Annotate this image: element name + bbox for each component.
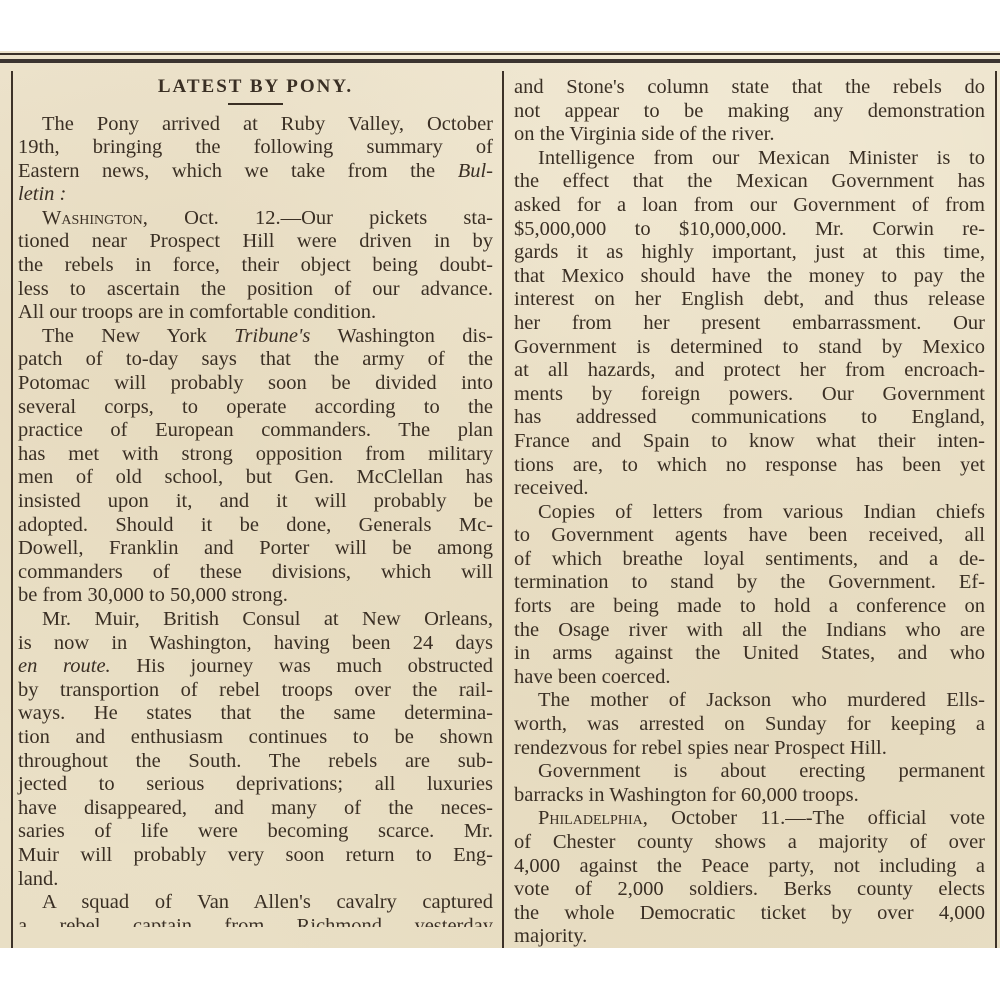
text-line: tion and enthusiasm continues to be show… — [18, 726, 493, 750]
text-line: Eastern news, which we take from the Bul… — [18, 160, 493, 184]
text-line: majority. — [514, 925, 985, 948]
text-line: less to ascertain the position of our ad… — [18, 278, 493, 302]
text-line: Mr. Muir, British Consul at New Orleans, — [18, 608, 493, 632]
text-line: All our troops are in comfortable condit… — [18, 301, 493, 325]
text-line: 4,000 against the Peace party, not inclu… — [514, 855, 985, 879]
text-line: Muir will probably very soon return to E… — [18, 844, 493, 868]
right-column: and Stone's column state that the rebels… — [514, 76, 985, 948]
text-line: rendezvous for rebel spies near Prospect… — [514, 737, 985, 761]
text-line: en route. His journey was much obstructe… — [18, 655, 493, 679]
text-line: to Government agents have been received,… — [514, 524, 985, 548]
newspaper-clipping: LATEST BY PONY. The Pony arrived at Ruby… — [0, 51, 1000, 948]
text-line: vote of 2,000 soldiers. Berks county ele… — [514, 878, 985, 902]
text-line: jected to serious deprivations; all luxu… — [18, 773, 493, 797]
dateline-place: Washington — [42, 207, 143, 229]
text-line: gards it as highly important, just at th… — [514, 241, 985, 265]
text-line: be from 30,000 to 50,000 strong. — [18, 584, 493, 608]
text-line: not appear to be making any demonstratio… — [514, 100, 985, 124]
text-line: have disappeared, and many of the neces- — [18, 797, 493, 821]
column-divider — [502, 71, 504, 948]
text-line: Intelligence from our Mexican Minister i… — [514, 147, 985, 171]
text-line: land. — [18, 868, 493, 892]
dateline-washington: Washington, Oct. 12.—Our pickets sta- — [18, 207, 493, 231]
dateline-date: , Oct. 12. — [143, 207, 281, 229]
text-line: at all hazards, and protect her from enc… — [514, 359, 985, 383]
text-line: adopted. Should it be done, Generals Mc- — [18, 514, 493, 538]
text-line: has met with strong opposition from mili… — [18, 443, 493, 467]
text-line: the rebels in force, their object being … — [18, 254, 493, 278]
text-line: practice of European commanders. The pla… — [18, 419, 493, 443]
text-line: Copies of letters from various Indian ch… — [514, 501, 985, 525]
text-line: in arms against the United States, and w… — [514, 642, 985, 666]
text-line: $5,000,000 to $10,000,000. Mr. Corwin re… — [514, 218, 985, 242]
text-line: interest on her English debt, and thus r… — [514, 288, 985, 312]
headline-rule — [228, 103, 283, 105]
text-line: of which breathe loyal sentiments, and a… — [514, 548, 985, 572]
dateline-place: Philadelphia — [538, 807, 643, 829]
column-border-right — [995, 71, 997, 948]
text-line: received. — [514, 477, 985, 501]
text-line: worth, was arrested on Sunday for keepin… — [514, 713, 985, 737]
text-line: Government is about erecting permanent — [514, 760, 985, 784]
text-line: her from her present embarrassment. Our — [514, 312, 985, 336]
text-line: the whole Democratic ticket by over 4,00… — [514, 902, 985, 926]
text-line: saries of life were becoming scarce. Mr. — [18, 820, 493, 844]
text-line: 19th, bringing the following summary of — [18, 136, 493, 160]
text-line: A squad of Van Allen's cavalry captured — [18, 891, 493, 915]
top-rule-thin — [0, 53, 1000, 55]
left-column: LATEST BY PONY. The Pony arrived at Ruby… — [18, 73, 493, 927]
text-line: France and Spain to know what their inte… — [514, 430, 985, 454]
text-line: The mother of Jackson who murdered Ells- — [514, 689, 985, 713]
text-line: insisted upon it, and it will probably b… — [18, 490, 493, 514]
text-line: tioned near Prospect Hill were driven in… — [18, 230, 493, 254]
dateline-philadelphia: Philadelphia, October 11.—-The official … — [514, 807, 985, 831]
text-line: and Stone's column state that the rebels… — [514, 76, 985, 100]
text-line: several corps, to operate according to t… — [18, 396, 493, 420]
dateline-date: , October 11. — [643, 807, 786, 829]
text-line: tions are, to which no response has been… — [514, 454, 985, 478]
text-line: that Mexico should have the money to pay… — [514, 265, 985, 289]
text-line: throughout the South. The rebels are sub… — [18, 750, 493, 774]
text-line: patch of to-day says that the army of th… — [18, 348, 493, 372]
text-line: by transportion of rebel troops over the… — [18, 679, 493, 703]
text-line: ments by foreign powers. Our Government — [514, 383, 985, 407]
text-line: commanders of these divisions, which wil… — [18, 561, 493, 585]
text-line: termination to stand by the Government. … — [514, 571, 985, 595]
text-line: letin : — [18, 183, 493, 207]
column-border-left — [11, 71, 13, 948]
text-line: the Osage river with all the Indians who… — [514, 619, 985, 643]
text-line: have been coerced. — [514, 666, 985, 690]
italic-text: en route. — [18, 655, 111, 677]
italic-text: Tribune's — [234, 325, 310, 347]
text-line: barracks in Washington for 60,000 troops… — [514, 784, 985, 808]
text-line: The New York Tribune's Washington dis- — [18, 325, 493, 349]
text-line: of Chester county shows a majority of ov… — [514, 831, 985, 855]
text-line: The Pony arrived at Ruby Valley, October — [18, 113, 493, 137]
text-line-cut-off: a rebel captain from Richmond yesterday — [18, 915, 493, 927]
text-line: men of old school, but Gen. McClellan ha… — [18, 466, 493, 490]
italic-text: Bul- — [458, 160, 493, 182]
text-line: ways. He states that the same determina- — [18, 702, 493, 726]
text-line: is now in Washington, having been 24 day… — [18, 632, 493, 656]
headline: LATEST BY PONY. — [18, 75, 493, 99]
text-line: forts are being made to hold a conferenc… — [514, 595, 985, 619]
text-line: on the Virginia side of the river. — [514, 123, 985, 147]
text-line: Dowell, Franklin and Porter will be amon… — [18, 537, 493, 561]
text-line: has addressed communications to England, — [514, 406, 985, 430]
top-rule-thick — [0, 59, 1000, 63]
text-line: Government is determined to stand by Mex… — [514, 336, 985, 360]
text-line: asked for a loan from our Government of … — [514, 194, 985, 218]
text-line: Potomac will probably soon be divided in… — [18, 372, 493, 396]
text-line: the effect that the Mexican Government h… — [514, 170, 985, 194]
